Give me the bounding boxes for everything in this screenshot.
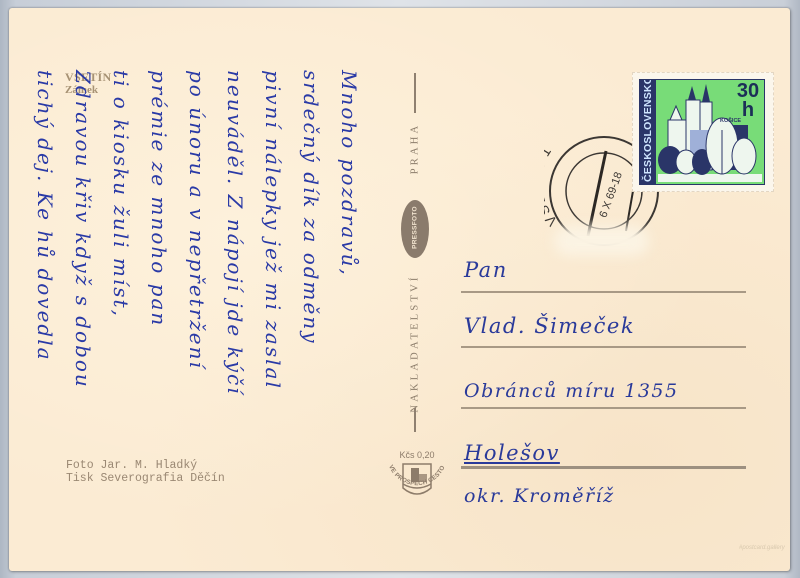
address-line-1 xyxy=(461,291,746,293)
address-city: Holešov xyxy=(464,441,560,465)
address-salutation: Pan xyxy=(464,258,508,282)
credit-photographer: Foto Jar. M. Hladký xyxy=(66,460,225,473)
stamp-value: 30 h xyxy=(736,82,760,120)
address-street: Obránců míru 1355 xyxy=(464,380,679,402)
emblem-price: Kčs 0,20 xyxy=(399,450,434,460)
message-column: prémie ze mnoho pan xyxy=(147,70,171,327)
blurred-region xyxy=(554,226,649,256)
svg-text:VSETÍN 1: VSETÍN 1 xyxy=(544,142,560,229)
address-district: okr. Kroměříž xyxy=(464,485,615,507)
message-column: po únoru a v nepřetržení xyxy=(185,70,209,370)
message-column: pivní nálepky jež mi zaslal xyxy=(261,70,285,390)
stamp-place: KOŠICE xyxy=(720,118,741,124)
postage-stamp: ČESKOSLOVENSKO 30 h xyxy=(632,72,774,192)
watermark: #postcard.gallery xyxy=(739,545,785,551)
postcard: VSETÍN Zámek Foto Jar. M. Hladký Tisk Se… xyxy=(9,8,790,571)
credit-printer: Tisk Severografia Děčín xyxy=(66,473,225,486)
publisher-name: NAKLADATELSTVÍ xyxy=(410,214,421,474)
message-column: Zdravou křiv když s dobou xyxy=(71,70,95,389)
message-column: ti o kiosku žuli míst, xyxy=(109,70,133,318)
publisher-city: PRAHA xyxy=(410,99,421,199)
castle-emblem-icon: Kčs 0,20 VE PROSPĚCH CESTOVNÍHO RUCHU xyxy=(381,448,453,516)
address-name: Vlad. Šimeček xyxy=(464,314,635,338)
publisher-divider: PRAHA PRESSFOTO NAKLADATELSTVÍ xyxy=(405,108,425,438)
message-column: neuváděl. Z nápojí jde kýčí xyxy=(223,70,247,396)
message-column: srdečný dík za odměny xyxy=(299,70,323,345)
photo-credits: Foto Jar. M. Hladký Tisk Severografia Dě… xyxy=(66,460,225,485)
divider-line-bottom xyxy=(414,408,416,432)
address-line-2 xyxy=(461,346,746,348)
tourism-emblem: Kčs 0,20 VE PROSPĚCH CESTOVNÍHO RUCHU xyxy=(381,448,453,516)
address-line-3 xyxy=(461,407,746,409)
message-column: tichý dej. Ke hů dovedla xyxy=(33,70,57,362)
address-line-4 xyxy=(461,466,746,469)
postmark-town: VSETÍN 1 xyxy=(544,142,560,229)
message-column: Mnoho pozdravů, xyxy=(337,70,361,277)
